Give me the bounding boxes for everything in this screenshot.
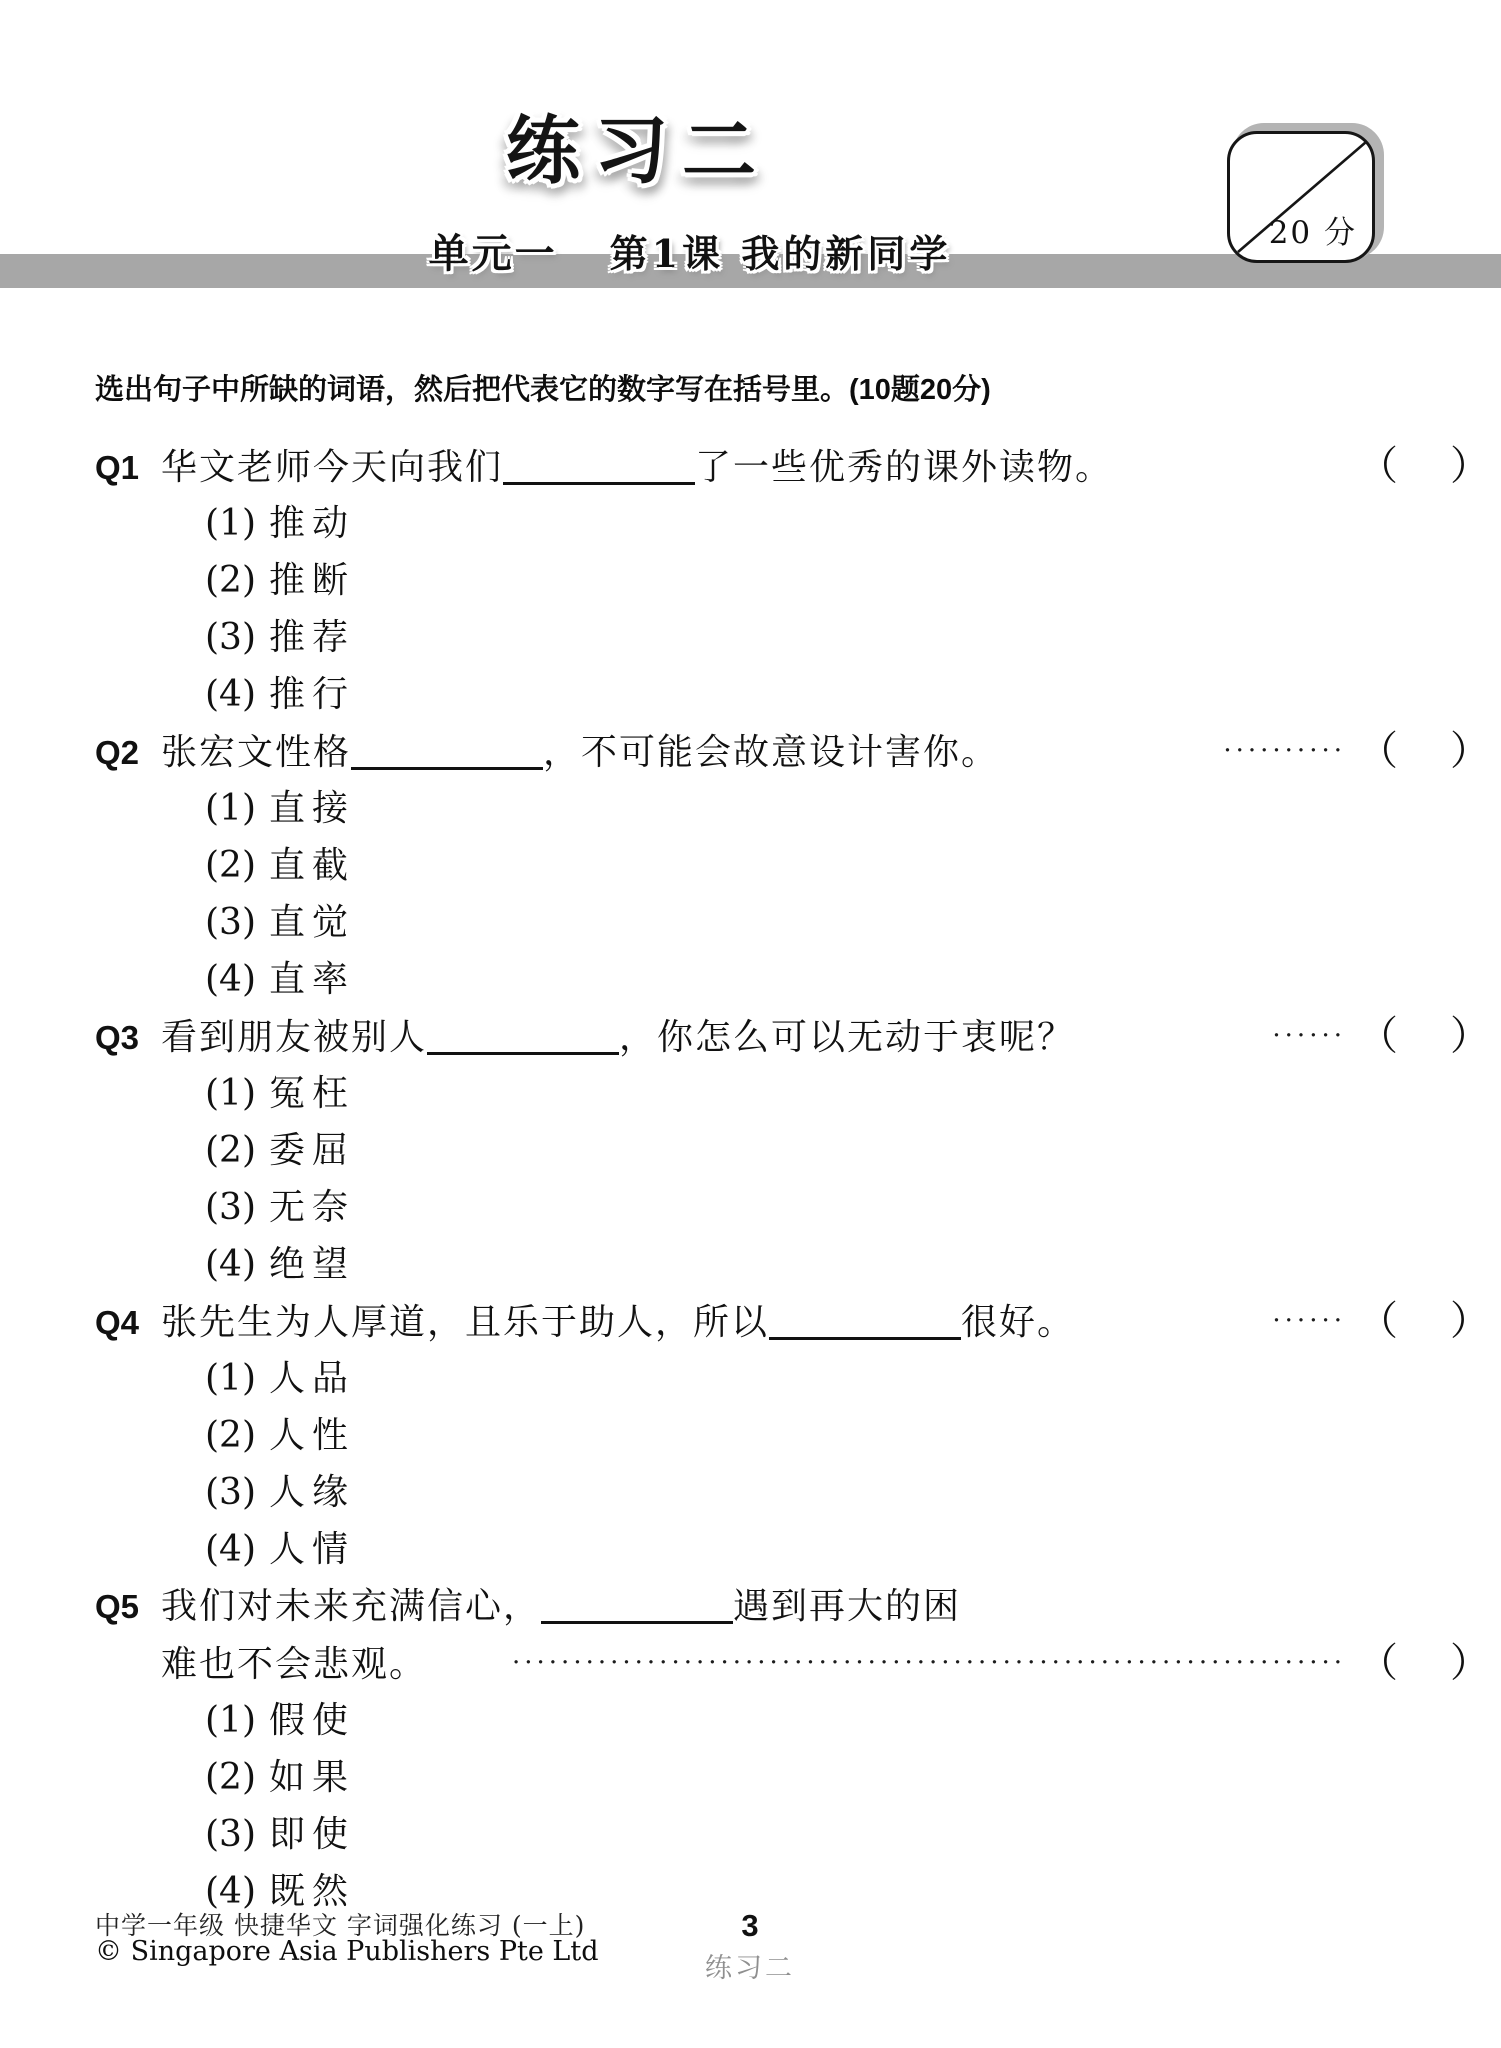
option-number: (1) [205,1350,269,1407]
question-text-pre: 我们对未来充满信心， [161,1586,541,1627]
option-number: (4) [205,951,269,1008]
answer-blank [427,1022,619,1055]
option-text: 直截 [269,837,355,894]
option-text: 无奈 [269,1179,355,1236]
option-number: (3) [205,609,269,666]
option-number: (2) [205,1122,269,1179]
answer-blank [351,737,543,770]
question-text-post: 很好。 [961,1302,1075,1343]
option-row: (2)如果 [205,1749,1490,1806]
page-title: 练习二 [0,92,1276,198]
question-label: Q1 [95,439,161,496]
question-text-line2: 难也不会悲观。 [161,1644,427,1685]
question-text-post: 遇到再大的困 [733,1586,961,1627]
option-row: (4)人情 [205,1521,1490,1578]
bracket-close: ） [1450,728,1490,774]
question-line: Q3 看到朋友被别人，你怎么可以无动于衷呢？ ······ （） [95,1008,1490,1065]
option-number: (2) [205,1407,269,1464]
question-text-pre: 华文老师今天向我们 [161,447,503,488]
question-line: Q2 张宏文性格，不可能会故意设计害你。 ·········· （） [95,723,1490,780]
option-row: (1)人品 [205,1350,1490,1407]
option-number: (3) [205,1464,269,1521]
answer-blank [769,1307,961,1340]
question-block-q3: Q3 看到朋友被别人，你怎么可以无动于衷呢？ ······ （） (1)冤枉 (… [95,1008,1490,1293]
score-box: 20 分 [1227,131,1375,263]
option-text: 推动 [269,495,355,552]
bracket-close: ） [1450,1298,1490,1344]
question-text: 张宏文性格，不可能会故意设计害你。 [161,724,999,781]
score-label: 20 分 [1269,207,1357,252]
option-row: (3)直觉 [205,894,1490,951]
question-line-continued: 难也不会悲观。 ································… [95,1635,1490,1692]
option-row: (2)人性 [205,1407,1490,1464]
option-row: (2)委屈 [205,1122,1490,1179]
option-number: (1) [205,495,269,552]
option-row: (3)即使 [205,1806,1490,1863]
bracket-close: ） [1450,1013,1490,1059]
option-text: 人性 [269,1407,355,1464]
option-row: (3)人缘 [205,1464,1490,1521]
dotted-leader: ······ [1272,1293,1346,1350]
question-label: Q4 [95,1294,161,1351]
option-row: (3)推荐 [205,609,1490,666]
option-text: 假使 [269,1692,355,1749]
option-row: (2)推断 [205,552,1490,609]
answer-blank [541,1591,733,1624]
dotted-leader: ······ [1272,1008,1346,1065]
option-text: 人缘 [269,1464,355,1521]
exercise-content: 选出句子中所缺的词语，然后把代表它的数字写在括号里。(10题20分) Q1 华文… [95,368,1490,1920]
option-number: (1) [205,780,269,837]
option-number: (3) [205,1179,269,1236]
question-line: Q5 我们对未来充满信心，遇到再大的困 [95,1578,1490,1635]
answer-brackets: （） [1358,1293,1490,1350]
option-text: 人品 [269,1350,355,1407]
options-list: (1)人品 (2)人性 (3)人缘 (4)人情 [205,1350,1490,1578]
option-text: 推断 [269,552,355,609]
option-text: 如果 [269,1749,355,1806]
options-list: (1)推动 (2)推断 (3)推荐 (4)推行 [205,495,1490,723]
options-list: (1)直接 (2)直截 (3)直觉 (4)直率 [205,780,1490,1008]
option-row: (1)直接 [205,780,1490,837]
question-text: 华文老师今天向我们了一些优秀的课外读物。 [161,439,1113,496]
option-number: (1) [205,1692,269,1749]
question-text: 看到朋友被别人，你怎么可以无动于衷呢？ [161,1009,1075,1066]
option-text: 直率 [269,951,355,1008]
question-text: 难也不会悲观。 [161,1636,427,1693]
option-row: (2)直截 [205,837,1490,894]
question-text-pre: 张宏文性格 [161,732,351,773]
bracket-open: （ [1358,1013,1398,1059]
footer-copyright: © Singapore Asia Publishers Pte Ltd [95,1936,598,1967]
bracket-open: （ [1358,443,1398,489]
option-number: (3) [205,1806,269,1863]
option-number: (2) [205,1749,269,1806]
dotted-leader: ·········· [1223,723,1346,780]
lesson-label: 第1课 我的新同学 [610,231,952,276]
question-label: Q2 [95,724,161,781]
option-row: (1)推动 [205,495,1490,552]
option-row: (4)直率 [205,951,1490,1008]
page-number: 3 [700,1908,800,1944]
option-text: 委屈 [269,1122,355,1179]
question-text-pre: 张先生为人厚道，且乐于助人，所以 [161,1302,769,1343]
question-line: Q4 张先生为人厚道，且乐于助人，所以很好。 ······ （） [95,1293,1490,1350]
bracket-open: （ [1358,1298,1398,1344]
question-block-q4: Q4 张先生为人厚道，且乐于助人，所以很好。 ······ （） (1)人品 (… [95,1293,1490,1578]
option-text: 推行 [269,666,355,723]
question-line: Q1 华文老师今天向我们了一些优秀的课外读物。 （） [95,438,1490,495]
option-row: (4)推行 [205,666,1490,723]
question-label: Q5 [95,1578,161,1635]
answer-blank [503,452,695,485]
option-number: (2) [205,552,269,609]
answer-brackets: （） [1358,1008,1490,1065]
instruction-text: 选出句子中所缺的词语，然后把代表它的数字写在括号里。(10题20分) [95,368,1490,412]
option-number: (1) [205,1065,269,1122]
answer-brackets: （） [1358,438,1490,495]
option-text: 绝望 [269,1236,355,1293]
question-text-pre: 看到朋友被别人 [161,1017,427,1058]
option-row: (1)假使 [205,1692,1490,1749]
bracket-close: ） [1450,1640,1490,1686]
option-text: 人情 [269,1521,355,1578]
question-text-post: ，你怎么可以无动于衷呢？ [619,1017,1075,1058]
question-label: Q3 [95,1009,161,1066]
option-number: (2) [205,837,269,894]
question-block-q5: Q5 我们对未来充满信心，遇到再大的困 难也不会悲观。 ············… [95,1578,1490,1920]
bracket-open: （ [1358,1640,1398,1686]
option-text: 冤枉 [269,1065,355,1122]
bracket-close: ） [1450,443,1490,489]
unit-label: 单元一 [429,231,558,277]
option-number: (4) [205,666,269,723]
dotted-leader: ········································… [512,1635,1346,1692]
option-number: (4) [205,1236,269,1293]
answer-brackets: （） [1358,1635,1490,1692]
option-number: (3) [205,894,269,951]
question-block-q2: Q2 张宏文性格，不可能会故意设计害你。 ·········· （） (1)直接… [95,723,1490,1008]
question-block-q1: Q1 华文老师今天向我们了一些优秀的课外读物。 （） (1)推动 (2)推断 (… [95,438,1490,723]
option-row: (1)冤枉 [205,1065,1490,1122]
question-text-post: ，不可能会故意设计害你。 [543,732,999,773]
option-text: 推荐 [269,609,355,666]
option-number: (4) [205,1521,269,1578]
option-text: 即使 [269,1806,355,1863]
question-text: 我们对未来充满信心，遇到再大的困 [161,1578,961,1635]
answer-brackets: （） [1358,723,1490,780]
question-text: 张先生为人厚道，且乐于助人，所以很好。 [161,1294,1075,1351]
options-list: (1)冤枉 (2)委屈 (3)无奈 (4)绝望 [205,1065,1490,1293]
question-text-post: 了一些优秀的课外读物。 [695,447,1113,488]
option-row: (3)无奈 [205,1179,1490,1236]
footer-exercise-label: 练习二 [690,1946,810,1985]
option-text: 直接 [269,780,355,837]
bracket-open: （ [1358,728,1398,774]
options-list: (1)假使 (2)如果 (3)即使 (4)既然 [205,1692,1490,1920]
option-text: 直觉 [269,894,355,951]
option-row: (4)绝望 [205,1236,1490,1293]
lesson-subtitle: 单元一第1课 我的新同学 [0,222,1380,279]
worksheet-page: 练习二 单元一第1课 我的新同学 20 分 选出句子中所缺的词语，然后把代表它的… [0,0,1501,2048]
